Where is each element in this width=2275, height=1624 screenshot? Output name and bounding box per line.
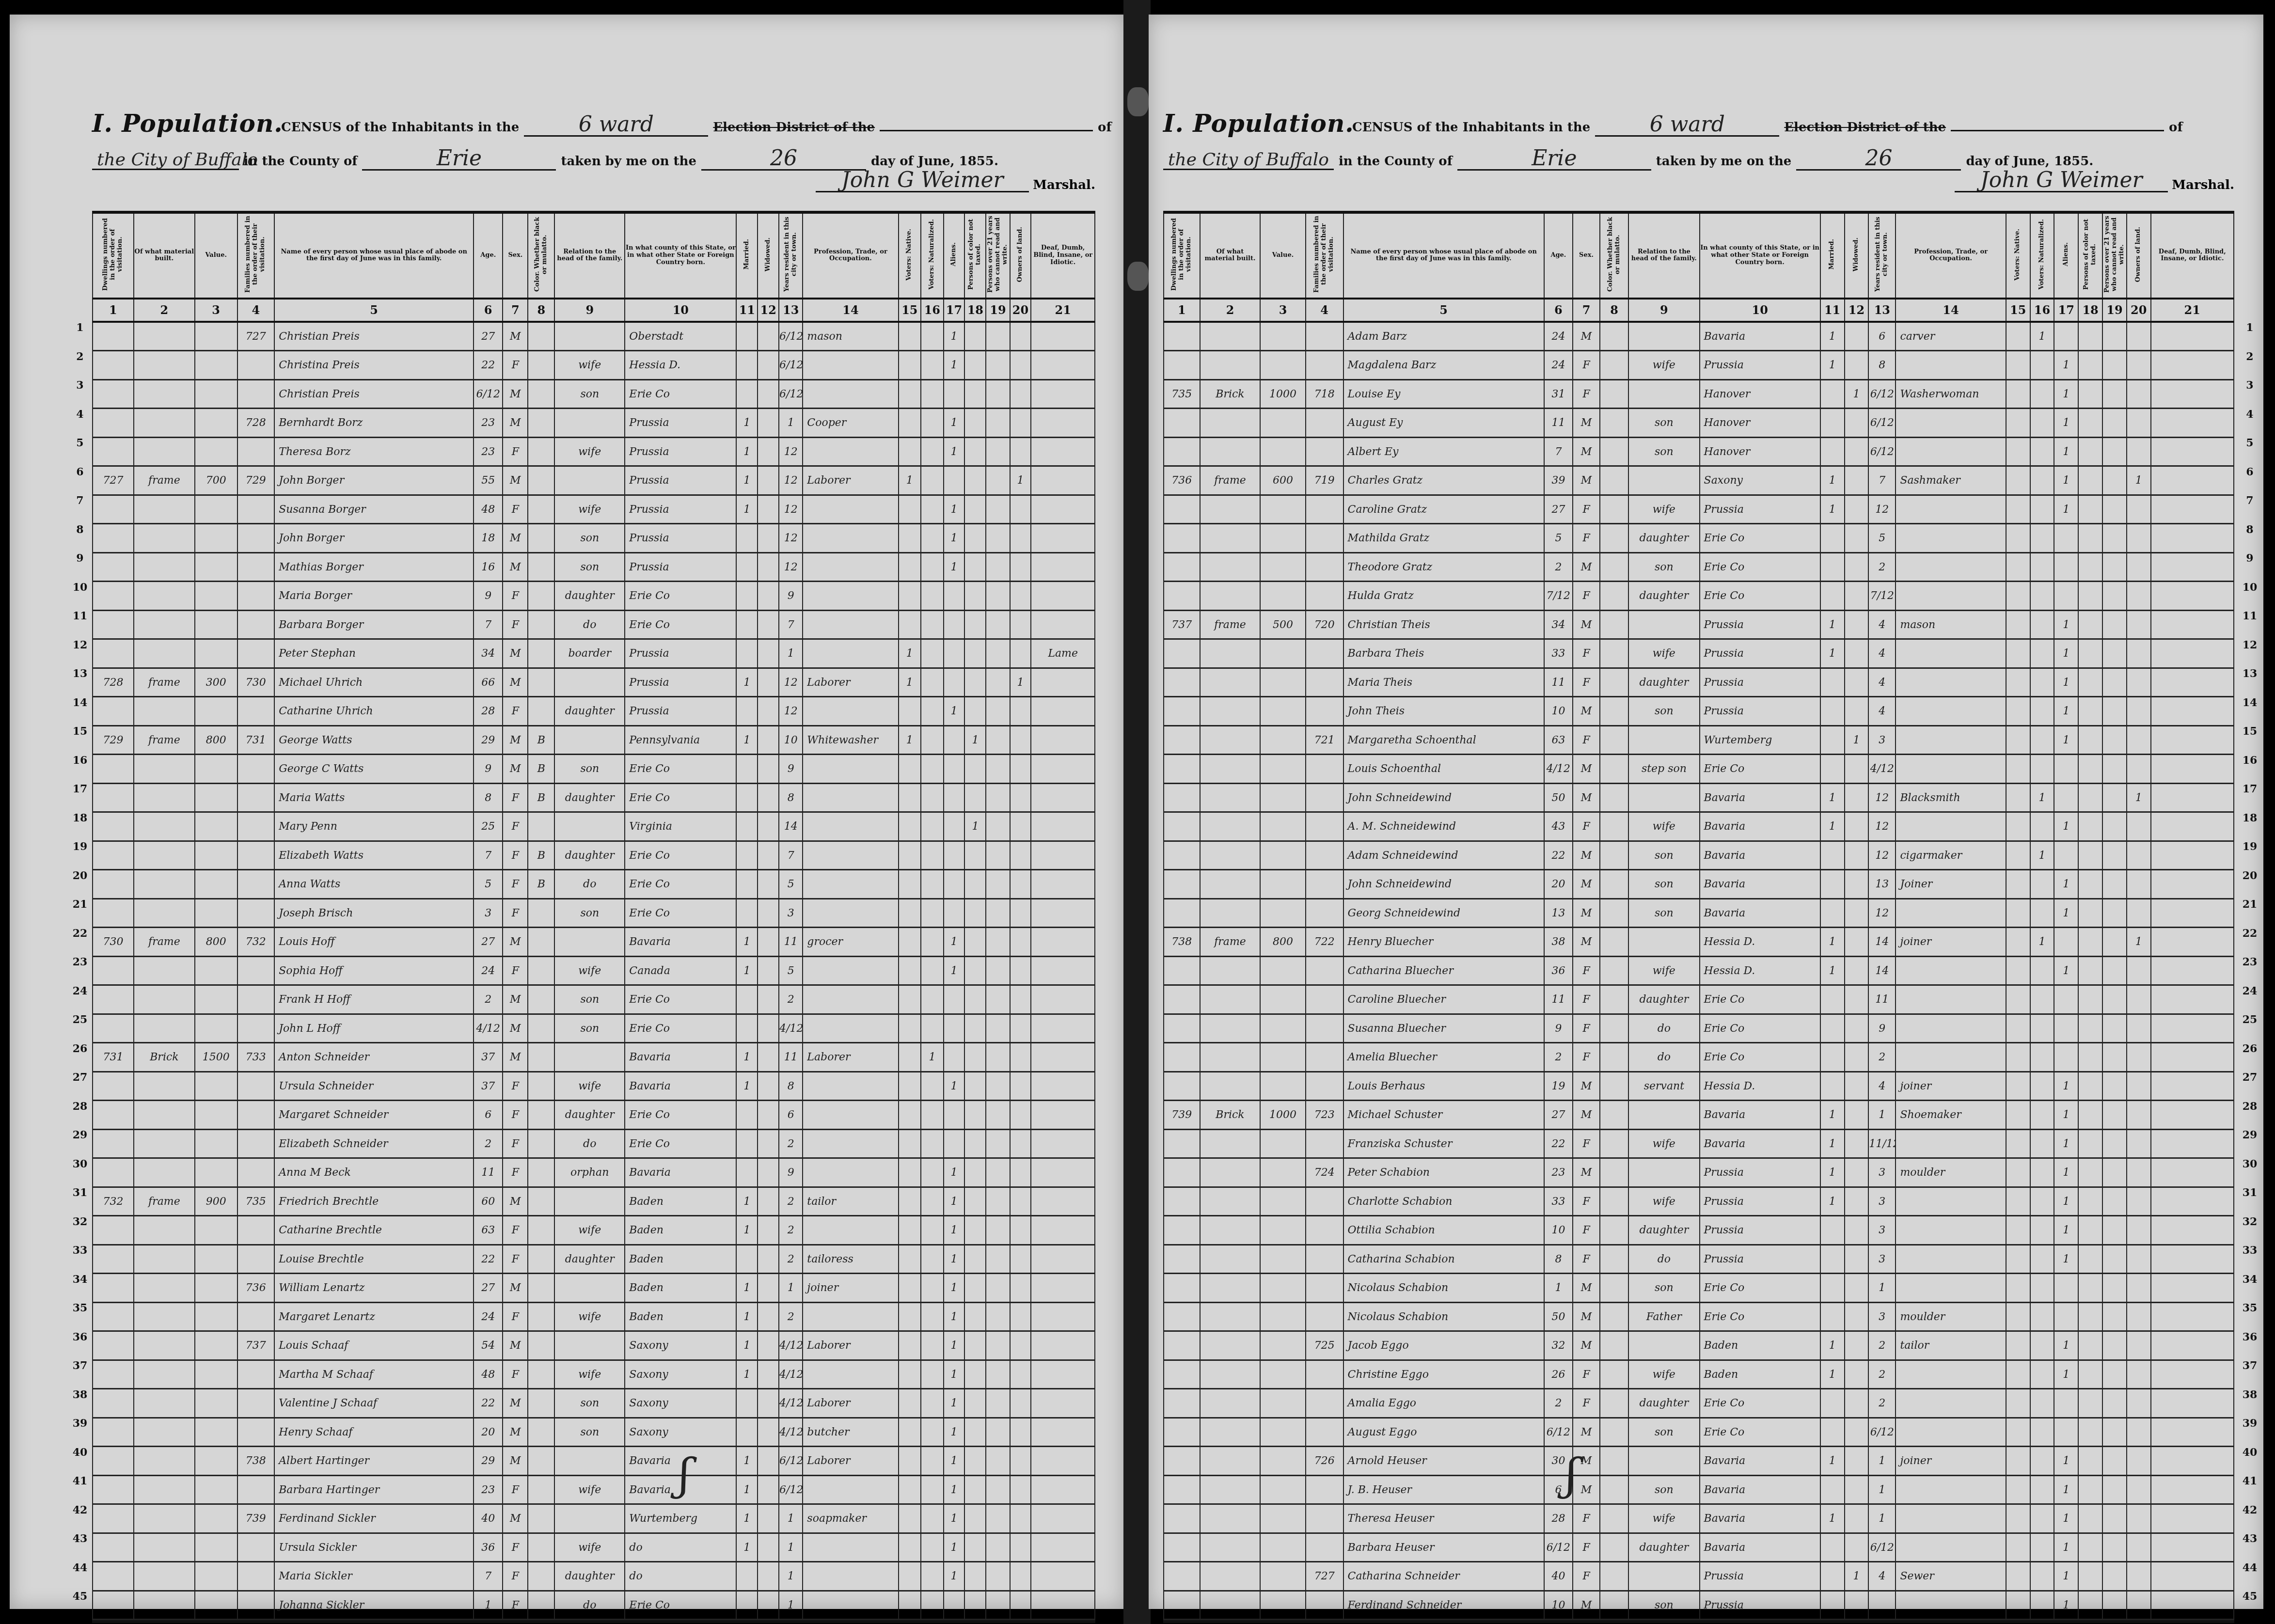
cell-c16 [2030,1475,2054,1504]
cell-f [1306,524,1343,553]
cell-name: Elizabeth Schneider [274,1129,474,1158]
column-header-21: Deaf, Dumb, Blind, Insane, or Idiotic. [2151,214,2234,299]
cell-name: Mathias Borger [274,552,474,582]
cell-born: Hessia D. [625,351,736,380]
cell-c21 [1031,409,1095,438]
cell-born: Prussia [625,639,736,668]
cell-yrs: 1 [1868,1101,1896,1130]
cell-c17 [2054,928,2078,957]
cell-mar: 1 [736,1302,758,1331]
cell-d [1164,495,1200,524]
cell-color [528,1591,554,1620]
cell-mar: 1 [1820,1360,1845,1389]
cell-mar [1820,409,1845,438]
cell-sex: M [1573,1418,1600,1447]
cell-occ [1896,812,2006,841]
row-number: 21 [70,890,90,919]
cell-c17: 1 [944,928,965,957]
cell-rel: wife [554,1360,625,1389]
cell-c19 [2102,725,2127,755]
cell-v [1260,1447,1305,1476]
cell-f [1306,1187,1343,1216]
cell-age: 38 [1544,928,1573,957]
cell-born: Erie Co [625,841,736,870]
cell-rel: daughter [1628,985,1699,1014]
row-number: 21 [2240,890,2259,919]
column-number: 21 [2151,299,2234,322]
cell-mar: 1 [736,1274,758,1303]
row-number: 10 [2240,573,2259,602]
cell-d [93,1418,134,1447]
cell-wid [758,1274,779,1303]
cell-mar: 1 [1820,1447,1845,1476]
cell-color [528,1562,554,1591]
cell-c15 [899,755,921,784]
cell-wid [1845,1591,1869,1620]
cell-sex: M [1573,322,1600,351]
cell-c16 [2030,1101,2054,1130]
cell-c19 [2102,1043,2127,1072]
row-number: 42 [70,1496,90,1525]
column-header-15: Voters: Native. [2006,214,2030,299]
cell-wid [1845,1072,1869,1101]
column-header-13: Years resident in this city or town. [779,214,803,299]
column-header-3: Value. [1260,214,1305,299]
cell-age: 7 [474,1562,503,1591]
cell-wid [758,985,779,1014]
cell-m [134,812,195,841]
cell-m [134,1274,195,1303]
cell-c18 [2078,1245,2102,1274]
cell-c16 [921,552,944,582]
cell-v [195,755,237,784]
cell-c20 [2127,1072,2151,1101]
cell-c20 [2127,1043,2151,1072]
cell-wid [758,610,779,639]
cell-color [1600,1187,1628,1216]
cell-yrs: 12 [779,697,803,726]
cell-c17: 1 [944,1533,965,1562]
cell-c16 [2030,1043,2054,1072]
cell-d [93,437,134,466]
cell-c17 [944,755,965,784]
cell-c19 [2102,1360,2127,1389]
cell-f [237,1389,275,1418]
cell-v [1260,725,1305,755]
cell-c16 [2030,697,2054,726]
cell-c19 [986,1129,1010,1158]
table-row: Valentine J Schaaf22MsonSaxony4/12Labore… [93,1389,1095,1418]
cell-sex: F [1573,1389,1600,1418]
cell-name: Theodore Gratz [1343,552,1544,582]
cell-name: Henry Bluecher [1343,928,1544,957]
cell-m [1200,1389,1261,1418]
cell-d: 738 [1164,928,1200,957]
cell-mar: 1 [1820,495,1845,524]
cell-age: 1 [474,1591,503,1620]
row-numbers: 1234567891011121314151617181920212223242… [2240,314,2259,1611]
header-line-1: CENSUS of the Inhabitants in the 6 ward … [1352,114,2234,137]
row-number: 22 [70,919,90,948]
row-number: 20 [70,862,90,891]
cell-f [237,755,275,784]
cell-wid [758,639,779,668]
cell-c20 [2127,1447,2151,1476]
cell-age: 31 [1544,379,1573,409]
cell-c19 [986,697,1010,726]
cell-color [1600,1245,1628,1274]
cell-occ [803,812,898,841]
cell-color [1600,1101,1628,1130]
cell-yrs: 12 [779,466,803,495]
cell-age: 36 [474,1533,503,1562]
cell-v [195,409,237,438]
cell-c21 [2151,1475,2234,1504]
column-number: 9 [1628,299,1699,322]
cell-c21 [1031,870,1095,899]
cell-rel: son [1628,697,1699,726]
cell-mar [1820,668,1845,697]
column-labels: Dwellings numbered in the order of visit… [1164,214,2234,299]
cell-rel [554,1331,625,1360]
cell-d [1164,1360,1200,1389]
census-table-right: Dwellings numbered in the order of visit… [1163,214,2234,1620]
row-number: 6 [2240,458,2259,487]
cell-c15 [2006,1360,2030,1389]
cell-yrs: 8 [779,783,803,812]
cell-occ [803,755,898,784]
cell-m [134,1504,195,1533]
cell-c20 [2127,1302,2151,1331]
cell-color [528,956,554,985]
cell-c17: 1 [944,1475,965,1504]
cell-sex: F [503,1101,528,1130]
cell-v: 600 [1260,466,1305,495]
cell-m [134,1101,195,1130]
cell-c16 [2030,639,2054,668]
cell-sex: M [503,1504,528,1533]
cell-c16 [921,1562,944,1591]
cell-mar: 1 [736,1475,758,1504]
cell-c19 [2102,466,2127,495]
cell-v: 800 [195,928,237,957]
cell-c15 [2006,322,2030,351]
cell-name: Georg Schneidewind [1343,899,1544,928]
cell-m [134,1072,195,1101]
cell-c18 [964,1418,986,1447]
cell-c18 [964,956,986,985]
cell-occ [803,1101,898,1130]
cell-c16 [921,1129,944,1158]
cell-c15 [2006,812,2030,841]
cell-name: Johanna Sickler [274,1591,474,1620]
cell-c18 [964,1187,986,1216]
cell-mar: 1 [736,668,758,697]
cell-c17 [2054,322,2078,351]
cell-color [528,1014,554,1043]
cell-color [528,1274,554,1303]
cell-c16 [921,639,944,668]
cell-c18 [2078,1418,2102,1447]
cell-rel: wife [1628,351,1699,380]
cell-d [93,379,134,409]
cell-yrs: 5 [779,870,803,899]
cell-v [195,322,237,351]
cell-c17: 1 [2054,466,2078,495]
cell-name: John L Hoff [274,1014,474,1043]
cell-wid [1845,899,1869,928]
cell-yrs [1868,1591,1896,1620]
cell-f: 726 [1306,1447,1343,1476]
cell-c18 [964,755,986,784]
column-numbers: 123456789101112131415161718192021 [1164,299,2234,322]
cell-age: 19 [1544,1072,1573,1101]
table-row: Franziska Schuster22FwifeBavaria111/121 [1164,1129,2234,1158]
cell-yrs: 2 [779,1302,803,1331]
cell-yrs: 6/12 [1868,437,1896,466]
cell-name: John Schneidewind [1343,870,1544,899]
cell-c20 [1010,1504,1031,1533]
cell-c21 [1031,466,1095,495]
cell-c16 [921,725,944,755]
cell-wid [1845,1129,1869,1158]
column-header-7: Sex. [503,214,528,299]
cell-v [1260,812,1305,841]
cell-sex: M [1573,610,1600,639]
cell-yrs: 7 [779,610,803,639]
cell-m [1200,1331,1261,1360]
cell-born: Erie Co [625,1129,736,1158]
cell-f: 730 [237,668,275,697]
cell-color [528,899,554,928]
cell-c18 [2078,437,2102,466]
cell-color [1600,985,1628,1014]
cell-name: Anna Watts [274,870,474,899]
cell-wid [758,928,779,957]
cell-c21 [1031,1187,1095,1216]
cell-wid [1845,1014,1869,1043]
cell-m [134,1447,195,1476]
cell-mar: 1 [1820,783,1845,812]
cell-c17: 1 [2054,1101,2078,1130]
cell-c21 [1031,1216,1095,1245]
cell-c16 [921,1014,944,1043]
cell-v [195,1101,237,1130]
cell-c20 [2127,1562,2151,1591]
cell-c16 [921,379,944,409]
column-number: 12 [1845,299,1869,322]
cell-rel [554,928,625,957]
cell-sex: F [1573,1245,1600,1274]
cell-m [134,899,195,928]
cell-rel: wife [1628,812,1699,841]
cell-age: 18 [474,524,503,553]
cell-c17: 1 [944,697,965,726]
cell-c20 [2127,1475,2151,1504]
column-number: 3 [1260,299,1305,322]
cell-age: 37 [474,1043,503,1072]
cell-c21 [1031,437,1095,466]
cell-rel: wife [554,1072,625,1101]
table-row: 728Bernhardt Borz23MPrussia11Cooper1 [93,409,1095,438]
cell-born: Baden [625,1187,736,1216]
cell-color [1600,1533,1628,1562]
cell-m [1200,437,1261,466]
cell-c21 [1031,1418,1095,1447]
cell-f: 732 [237,928,275,957]
cell-f: 739 [237,1504,275,1533]
cell-color [528,610,554,639]
cell-m [1200,1360,1261,1389]
cell-color [1600,1302,1628,1331]
column-header-9: Relation to the head of the family. [554,214,625,299]
cell-c21 [2151,841,2234,870]
cell-c16: 1 [921,1043,944,1072]
cell-c18 [2078,1360,2102,1389]
table-row: Margaret Schneider6FdaughterErie Co6 [93,1101,1095,1130]
cell-c20 [1010,870,1031,899]
cell-c16 [921,783,944,812]
cell-color [1600,1418,1628,1447]
cell-v [1260,755,1305,784]
cell-color [528,697,554,726]
cell-wid [758,1187,779,1216]
cell-mar: 1 [736,1447,758,1476]
cell-name: Nicolaus Schabion [1343,1274,1544,1303]
cell-c21 [2151,1302,2234,1331]
cell-c19 [986,409,1010,438]
cell-c16 [921,610,944,639]
cell-sex: F [1573,1533,1600,1562]
cell-c17: 1 [944,1302,965,1331]
cell-c15 [2006,1158,2030,1187]
cell-d [1164,755,1200,784]
cell-age: 20 [1544,870,1573,899]
table-row: Theresa Borz23FwifePrussia1121 [93,437,1095,466]
cell-c15 [899,1274,921,1303]
cell-c17 [2054,1418,2078,1447]
cell-name: George C Watts [274,755,474,784]
cell-name: Caroline Gratz [1343,495,1544,524]
cell-age: 8 [1544,1245,1573,1274]
cell-occ: Cooper [803,409,898,438]
cell-c20 [1010,639,1031,668]
row-number: 12 [2240,631,2259,660]
cell-born: Prussia [625,668,736,697]
cell-mar [736,582,758,611]
ward-field: 6 ward [524,114,708,137]
cell-m [134,1591,195,1620]
cell-c21 [2151,379,2234,409]
cell-c16 [921,1533,944,1562]
cell-age: 7/12 [1544,582,1573,611]
row-number: 14 [70,689,90,718]
cell-sex: F [1573,1504,1600,1533]
cell-color [1600,1072,1628,1101]
cell-age: 3 [474,899,503,928]
cell-c20 [2127,1274,2151,1303]
cell-c16 [2030,1591,2054,1620]
pencil-mark: ʃ [1565,1449,1577,1500]
cell-c16 [921,1158,944,1187]
cell-sex: M [1573,870,1600,899]
cell-c19 [2102,928,2127,957]
cell-occ [803,610,898,639]
cell-f [1306,956,1343,985]
cell-sex: F [503,1591,528,1620]
cell-color [528,552,554,582]
cell-c15 [899,552,921,582]
row-number: 41 [2240,1467,2259,1496]
cell-c18 [964,697,986,726]
cell-m [134,582,195,611]
cell-d [93,322,134,351]
cell-c18 [2078,1043,2102,1072]
cell-d [1164,1504,1200,1533]
cell-c15 [2006,524,2030,553]
cell-color [1600,956,1628,985]
cell-mar [1820,870,1845,899]
cell-v [1260,870,1305,899]
cell-c20 [2127,409,2151,438]
cell-c21 [1031,985,1095,1014]
cell-c18 [964,1158,986,1187]
cell-mar [736,351,758,380]
cell-v: 500 [1260,610,1305,639]
cell-c20 [2127,841,2151,870]
row-number: 14 [2240,689,2259,718]
cell-m [134,1331,195,1360]
cell-c21 [2151,351,2234,380]
cell-c15 [2006,1418,2030,1447]
cell-sex: F [503,1302,528,1331]
cell-c15 [899,610,921,639]
cell-mar [736,322,758,351]
table-row: Catharina Bluecher36FwifeHessia D.1141 [1164,956,2234,985]
cell-c19 [2102,1014,2127,1043]
cell-c18 [2078,1101,2102,1130]
row-number: 33 [2240,1236,2259,1265]
cell-d [1164,870,1200,899]
cell-occ [803,1072,898,1101]
row-number: 12 [70,631,90,660]
cell-d [93,1216,134,1245]
cell-rel: do [554,1129,625,1158]
cell-occ [803,582,898,611]
cell-yrs: 11 [779,1043,803,1072]
column-header-10: In what county of this State, or in what… [1700,214,1820,299]
cell-sex: F [503,1562,528,1591]
cell-m [134,322,195,351]
column-number: 2 [1200,299,1261,322]
cell-c19 [986,928,1010,957]
cell-wid: 1 [1845,725,1869,755]
cell-color [1600,409,1628,438]
cell-color: B [528,725,554,755]
cell-occ: Laborer [803,466,898,495]
cell-age: 5 [1544,524,1573,553]
cell-wid [1845,610,1869,639]
cell-yrs: 2 [1868,552,1896,582]
cell-c16 [921,1245,944,1274]
cell-c17 [944,870,965,899]
cell-c17: 1 [2054,1216,2078,1245]
row-number: 30 [70,1150,90,1179]
table-row: Albert Ey7MsonHanover6/121 [1164,437,2234,466]
cell-sex: F [1573,1562,1600,1591]
column-header-19: Persons over 21 years who cannot read an… [986,214,1010,299]
cell-c18 [2078,1072,2102,1101]
